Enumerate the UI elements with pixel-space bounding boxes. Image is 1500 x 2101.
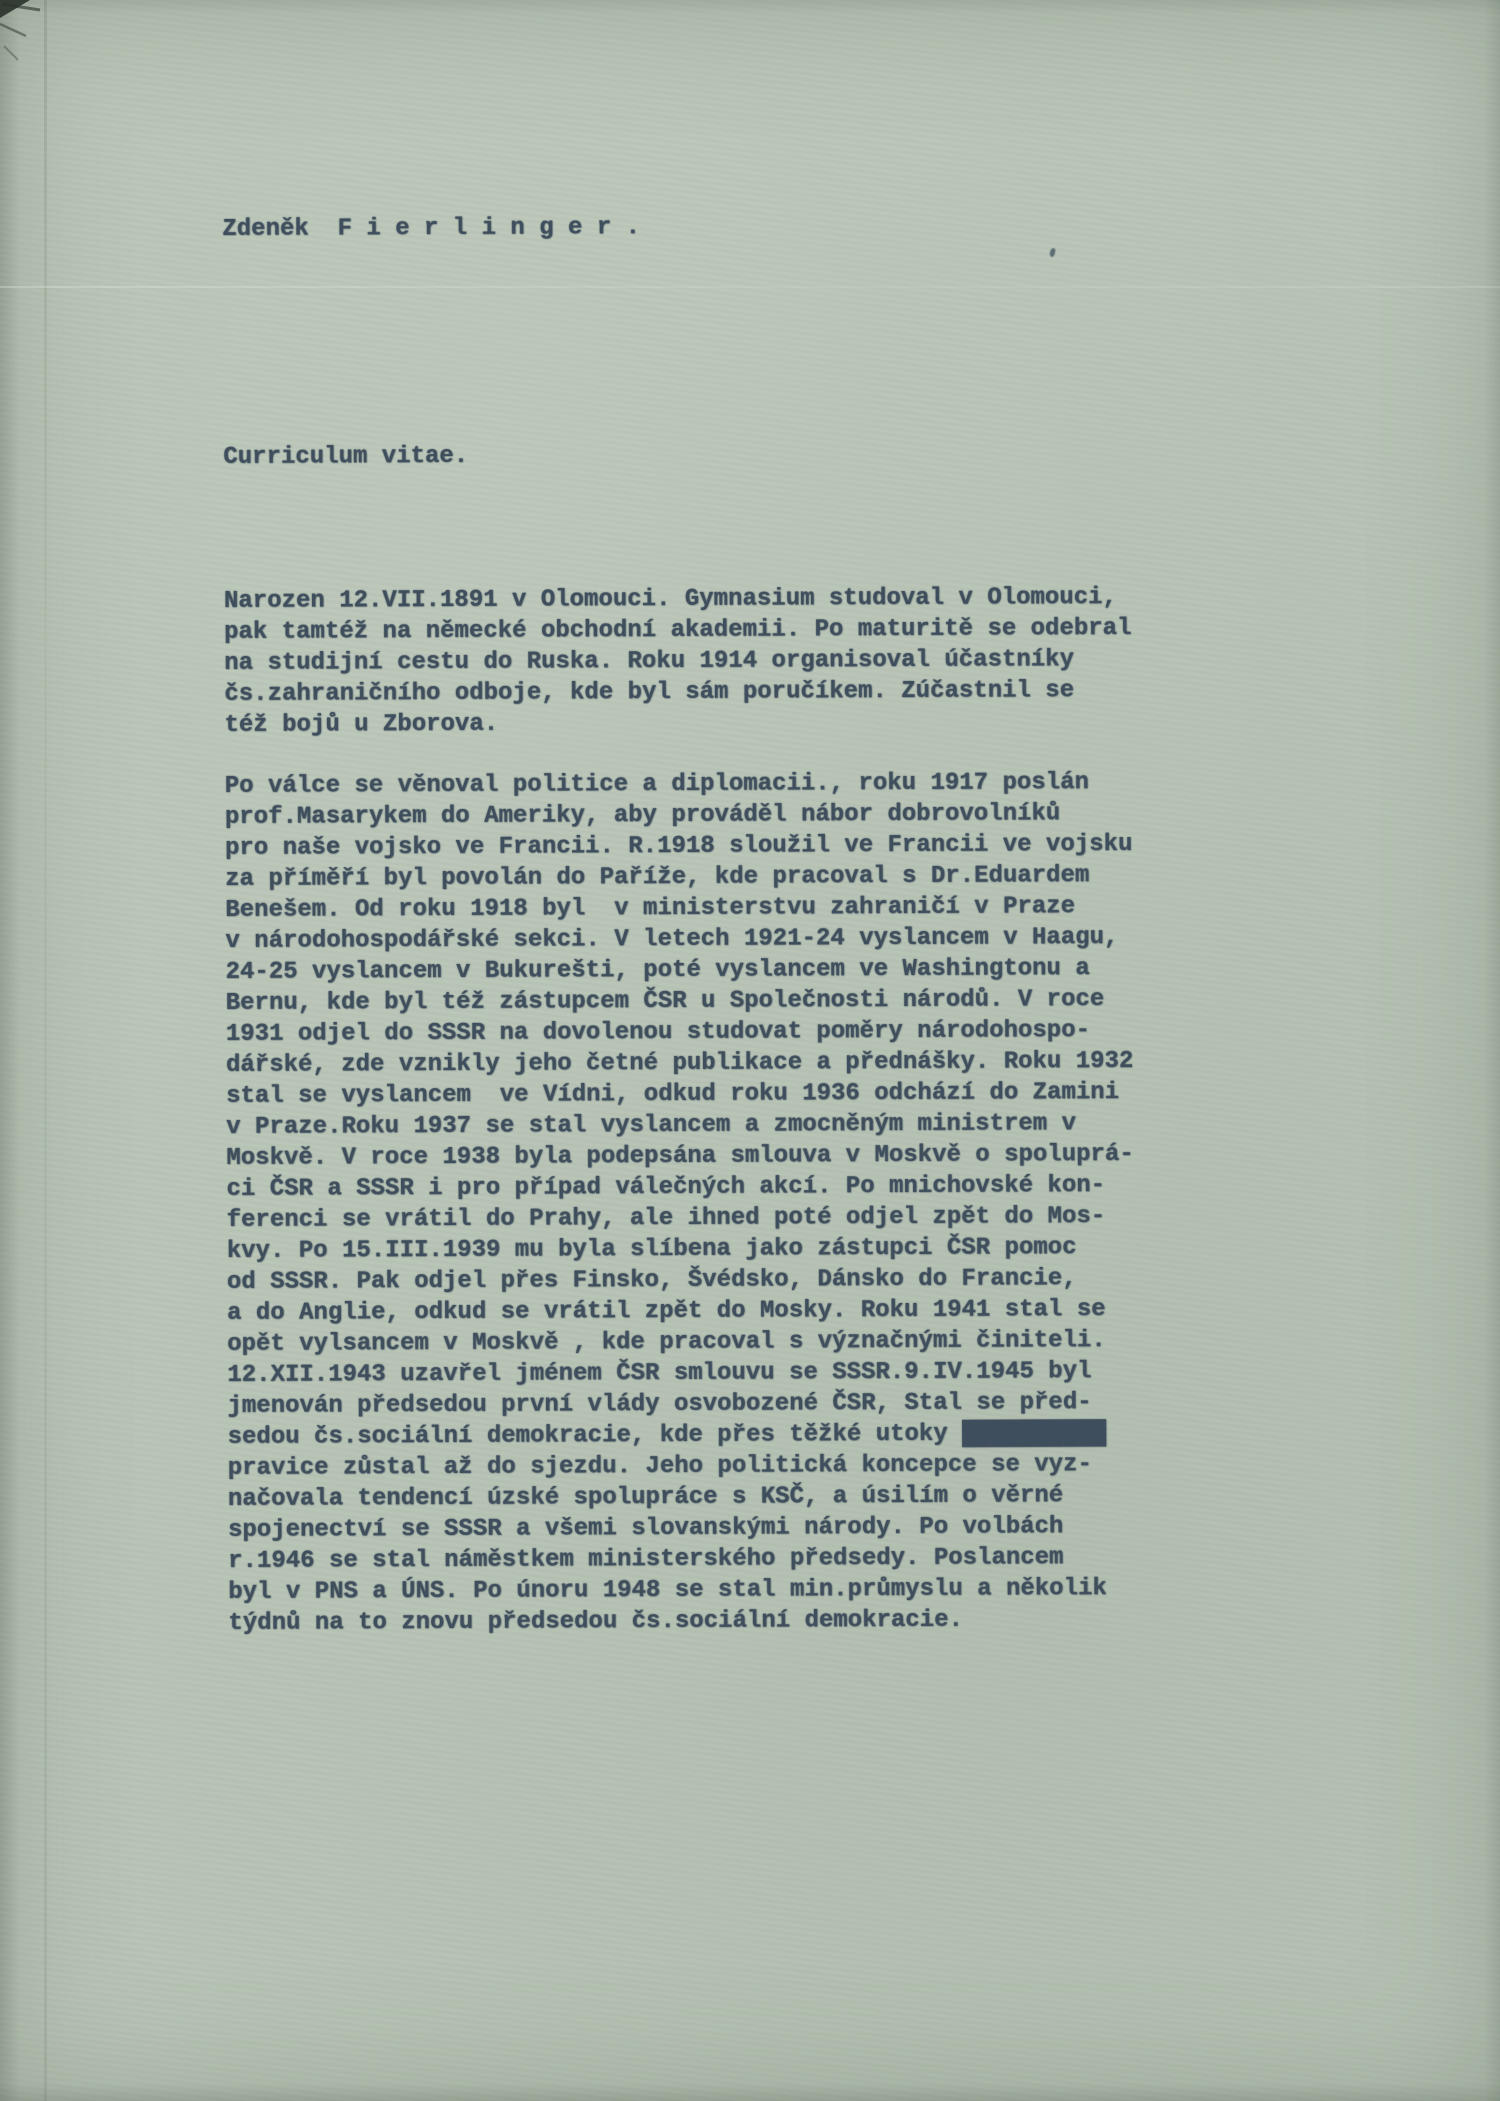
text-line: čs.zahraničního odboje, kde byl sám poru…: [224, 674, 1374, 710]
text-line: stal se vyslancem ve Vídni, odkud roku 1…: [226, 1076, 1376, 1112]
text-line: pravice zůstal až do sjezdu. Jeho politi…: [228, 1448, 1378, 1484]
text-line: Benešem. Od roku 1918 byl v ministerstvu…: [225, 890, 1375, 926]
document-page: Zdeněk F i e r l i n g e r . Curriculum …: [0, 0, 1500, 2101]
text-line: prof.Masarykem do Ameriky, aby prováděl …: [225, 797, 1375, 833]
text-line: 12.XII.1943 uzavřel jménem ČSR smlouvu s…: [227, 1355, 1377, 1391]
document-title: Zdeněk F i e r l i n g e r .: [222, 209, 1372, 245]
text-line: a do Anglie, odkud se vrátil zpět do Mos…: [227, 1293, 1377, 1329]
text-line: 24-25 vyslancem v Bukurešti, poté vyslan…: [226, 952, 1376, 988]
text-line: ferenci se vrátil do Prahy, ale ihned po…: [227, 1200, 1377, 1236]
text-line: na studijní cestu do Ruska. Roku 1914 or…: [224, 643, 1374, 679]
text-line: opět vylsancem v Moskvě , kde pracoval s…: [227, 1324, 1377, 1360]
text-line: pro naše vojsko ve Francii. R.1918 slouž…: [225, 828, 1375, 864]
document-subtitle: Curriculum vitae.: [223, 437, 1373, 473]
text-line: jmenován předsedou první vlády osvobozen…: [227, 1386, 1377, 1422]
text-line: pak tamtéž na německé obchodní akademii.…: [224, 612, 1374, 648]
text-line: byl v PNS a ÚNS. Po únoru 1948 se stal m…: [228, 1572, 1378, 1608]
text-line: v národohospodářské sekci. V letech 1921…: [225, 921, 1375, 957]
vertical-crease: [44, 0, 47, 2101]
text-line: Po válce se věnoval politice a diplomaci…: [225, 766, 1375, 802]
text-line: za příměří byl povolán do Paříže, kde pr…: [225, 859, 1375, 895]
text-line: Moskvě. V roce 1938 byla podepsána smlou…: [226, 1138, 1376, 1174]
text-line: ci ČSR a SSSR i pro případ válečných akc…: [226, 1169, 1376, 1205]
paragraph: Narozen 12.VII.1891 v Olomouci. Gymnasiu…: [224, 581, 1375, 741]
text-line: sedou čs.sociální demokracie, kde přes t…: [228, 1417, 1378, 1453]
paragraph: Po válce se věnoval politice a diplomaci…: [225, 766, 1379, 1639]
text-line: Bernu, kde byl též zástupcem ČSR u Spole…: [226, 983, 1376, 1019]
text-line: od SSSR. Pak odjel přes Finsko, Švédsko,…: [227, 1262, 1377, 1298]
text-line: načovala tendencí úzské spolupráce s KSČ…: [228, 1479, 1378, 1515]
text-line: r.1946 se stal náměstkem ministerského p…: [228, 1541, 1378, 1577]
text-line: 1931 odjel do SSSR na dovolenou studovat…: [226, 1014, 1376, 1050]
text-line: týdnů na to znovu předsedou čs.sociální …: [228, 1603, 1378, 1639]
text-line: dářské, zde vznikly jeho četné publikace…: [226, 1045, 1376, 1081]
text-line: v Praze.Roku 1937 se stal vyslancem a zm…: [226, 1107, 1376, 1143]
text-line: též bojů u Zborova.: [224, 705, 1374, 741]
text-line: spojenectví se SSSR a všemi slovanskými …: [228, 1510, 1378, 1546]
text-line: Narozen 12.VII.1891 v Olomouci. Gymnasiu…: [224, 581, 1374, 617]
typewritten-text: Zdeněk F i e r l i n g e r . Curriculum …: [222, 147, 1379, 1701]
paragraphs-container: Narozen 12.VII.1891 v Olomouci. Gymnasiu…: [224, 581, 1379, 1639]
paper-crack-marks: [0, 0, 100, 110]
text-line: kvy. Po 15.III.1939 mu byla slíbena jako…: [227, 1231, 1377, 1267]
